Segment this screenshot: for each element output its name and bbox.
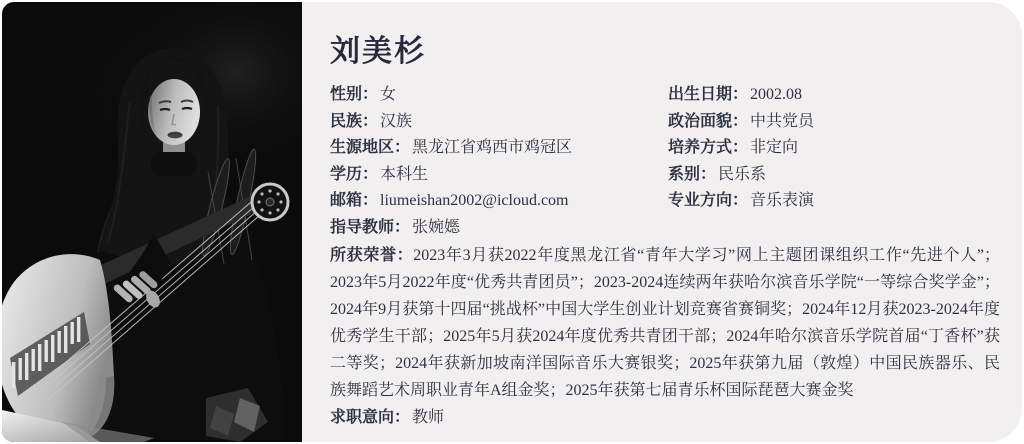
department-field: 系别：民乐系	[668, 162, 1000, 189]
major-label: 专业方向：	[668, 192, 748, 209]
advisor-field: 指导教师：张婉嫕	[330, 215, 1000, 242]
origin-value: 黑龙江省鸡西市鸡冠区	[412, 139, 572, 156]
person-name: 刘美杉	[330, 26, 1000, 70]
birthdate-value: 2002.08	[750, 86, 802, 103]
email-value: liumeishan2002@icloud.com	[380, 192, 568, 209]
ethnicity-field: 民族：汉族	[330, 109, 668, 136]
political-status-field: 政治面貌：中共党员	[668, 109, 1000, 136]
resume-details: 刘美杉 性别：女 出生日期：2002.08 民族：汉族 政治面貌：中共党员 生源…	[330, 26, 1000, 431]
department-label: 系别：	[668, 166, 716, 183]
training-mode-field: 培养方式：非定向	[668, 135, 1000, 162]
email-field: 邮箱：liumeishan2002@icloud.com	[330, 188, 668, 215]
gender-value: 女	[380, 86, 396, 103]
birthdate-field: 出生日期：2002.08	[668, 82, 1000, 109]
resume-card: 刘美杉 性别：女 出生日期：2002.08 民族：汉族 政治面貌：中共党员 生源…	[2, 2, 1022, 442]
training-mode-value: 非定向	[750, 139, 798, 156]
job-intention-label: 求职意向：	[330, 409, 410, 426]
job-intention-value: 教师	[412, 409, 444, 426]
birthdate-label: 出生日期：	[668, 86, 748, 103]
origin-label: 生源地区：	[330, 139, 410, 156]
advisor-value: 张婉嫕	[412, 219, 460, 236]
political-status-value: 中共党员	[750, 113, 814, 130]
department-value: 民乐系	[718, 166, 766, 183]
education-value: 本科生	[380, 166, 428, 183]
education-label: 学历：	[330, 166, 378, 183]
portrait-photo	[2, 2, 302, 442]
education-field: 学历：本科生	[330, 162, 668, 189]
major-value: 音乐表演	[750, 192, 814, 209]
political-status-label: 政治面貌：	[668, 113, 748, 130]
origin-field: 生源地区：黑龙江省鸡西市鸡冠区	[330, 135, 668, 162]
training-mode-label: 培养方式：	[668, 139, 748, 156]
honors-section: 所获荣誉：2023年3月获2022年度黑龙江省“青年大学习”网上主题团课组织工作…	[330, 242, 1000, 404]
email-label: 邮箱：	[330, 192, 378, 209]
honors-label: 所获荣誉：	[330, 247, 413, 264]
ethnicity-value: 汉族	[380, 113, 412, 130]
job-intention-field: 求职意向：教师	[330, 404, 1000, 431]
advisor-label: 指导教师：	[330, 219, 410, 236]
ethnicity-label: 民族：	[330, 113, 378, 130]
major-field: 专业方向：音乐表演	[668, 188, 1000, 215]
honors-text: 2023年3月获2022年度黑龙江省“青年大学习”网上主题团课组织工作“先进个人…	[330, 247, 1000, 399]
pipa-head-disc	[252, 184, 288, 220]
gender-label: 性别：	[330, 86, 378, 103]
info-grid: 性别：女 出生日期：2002.08 民族：汉族 政治面貌：中共党员 生源地区：黑…	[330, 82, 1000, 242]
gender-field: 性别：女	[330, 82, 668, 109]
